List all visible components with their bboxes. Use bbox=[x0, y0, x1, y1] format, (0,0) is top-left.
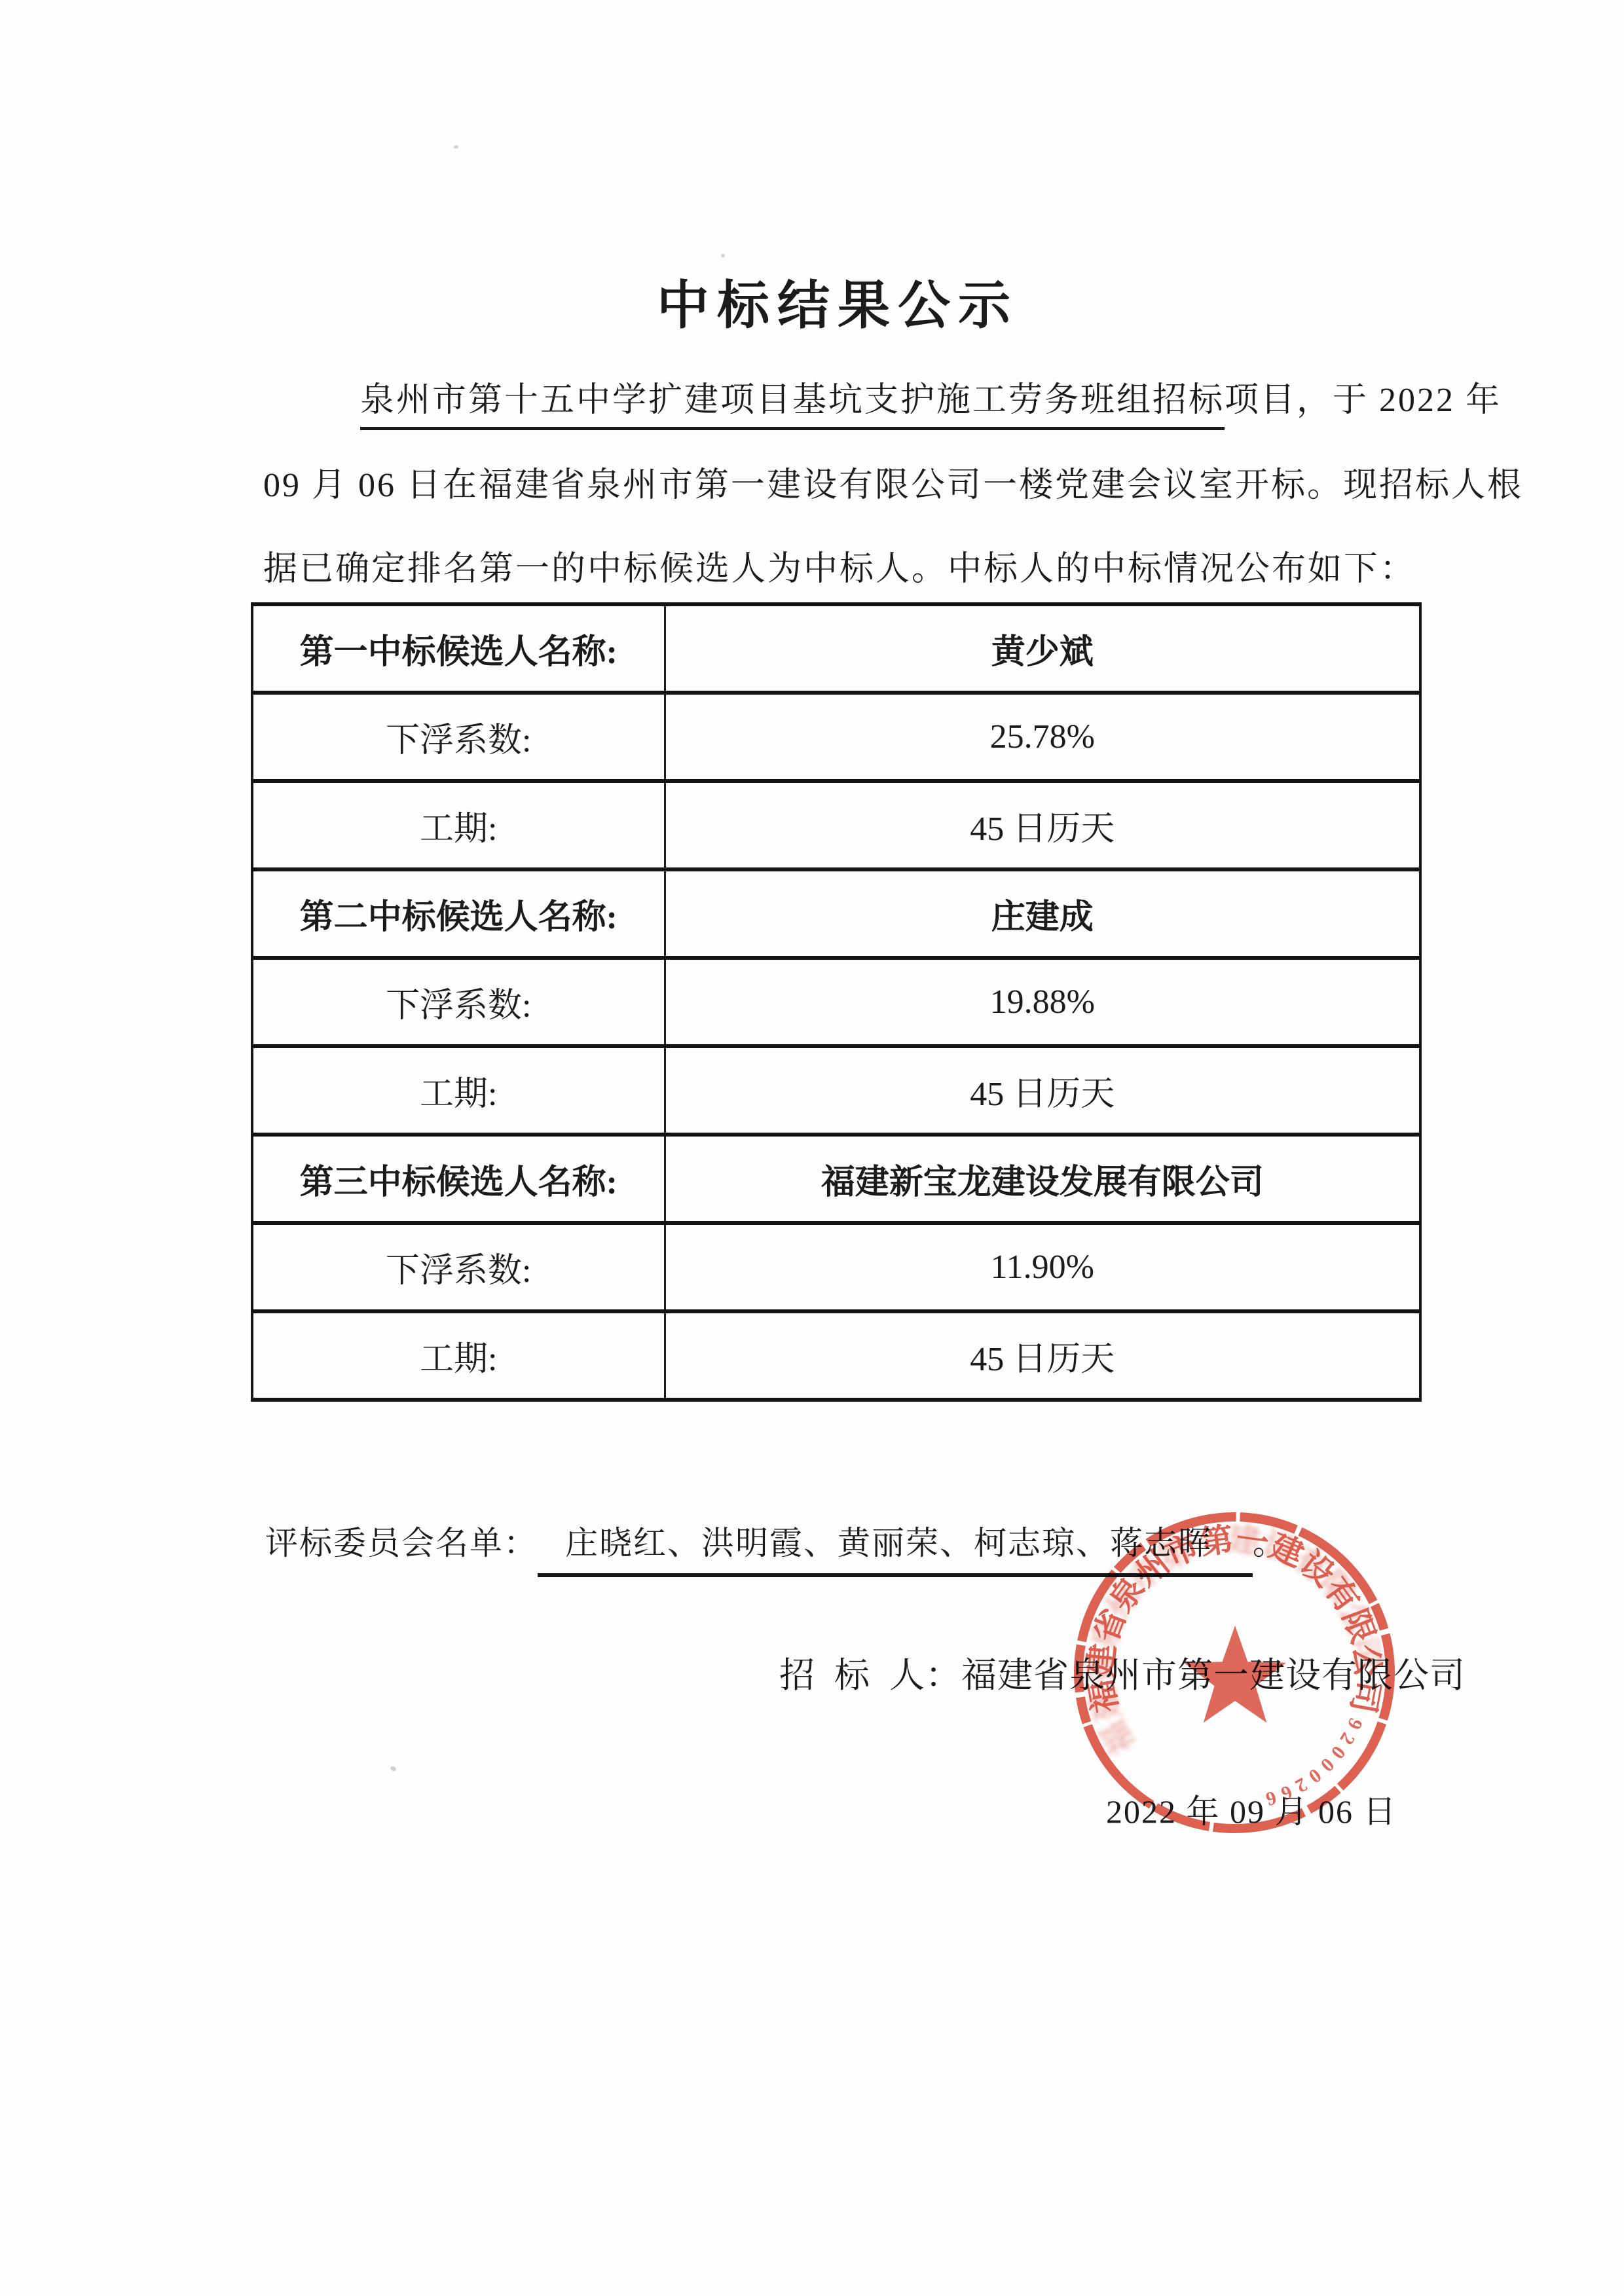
intro-paragraph-line-3: 据已确定排名第一的中标候选人为中标人。中标人的中标情况公布如下： bbox=[263, 549, 1416, 591]
intro-paragraph-line-2: 09 月 06 日在福建省泉州市第一建设有限公司一楼党建会议室开标。现招标人根 bbox=[263, 465, 1416, 507]
row-label: 第一中标候选人名称: bbox=[252, 604, 665, 693]
table-row: 下浮系数: 25.78% bbox=[252, 693, 1420, 781]
table-row: 第三中标候选人名称: 福建新宝龙建设发展有限公司 bbox=[252, 1135, 1420, 1223]
row-value: 福建新宝龙建设发展有限公司 bbox=[665, 1135, 1420, 1223]
row-label: 下浮系数: bbox=[252, 693, 665, 781]
table-row: 工期: 45 日历天 bbox=[252, 1311, 1420, 1400]
table-row: 第一中标候选人名称: 黄少斌 bbox=[252, 604, 1420, 693]
announcement-page: 中标结果公示 泉州市第十五中学扩建项目基坑支护施工劳务班组招标项目，于 2022… bbox=[0, 0, 1624, 2296]
table-row: 下浮系数: 11.90% bbox=[252, 1223, 1420, 1311]
scan-speckle bbox=[721, 254, 725, 257]
row-label: 工期: bbox=[252, 781, 665, 869]
row-value: 11.90% bbox=[665, 1223, 1420, 1311]
intro-line-1-rest: 项目，于 2022 年 bbox=[1225, 382, 1502, 419]
row-value: 45 日历天 bbox=[665, 1046, 1420, 1135]
seal-star-icon bbox=[1184, 1626, 1286, 1722]
committee-label: 评标委员会名单： bbox=[265, 1525, 538, 1561]
row-value: 45 日历天 bbox=[665, 781, 1420, 869]
row-label: 第三中标候选人名称: bbox=[252, 1135, 665, 1223]
seal-registration-code: 92000266 bbox=[1258, 1715, 1367, 1811]
row-value: 25.78% bbox=[665, 693, 1420, 781]
page-title: 中标结果公示 bbox=[657, 263, 1018, 338]
project-name-underlined: 泉州市第十五中学扩建项目基坑支护施工劳务班组招标 bbox=[360, 382, 1225, 430]
scan-speckle bbox=[454, 145, 458, 149]
table-row: 工期: 45 日历天 bbox=[252, 781, 1420, 869]
table-row: 工期: 45 日历天 bbox=[252, 1046, 1420, 1135]
row-label: 下浮系数: bbox=[252, 1223, 665, 1311]
row-label: 工期: bbox=[252, 1311, 665, 1400]
row-label: 工期: bbox=[252, 1046, 665, 1135]
table-row: 第二中标候选人名称: 庄建成 bbox=[252, 869, 1420, 958]
seal-svg: 福建省泉州市第一建设有限公司 福建省泉州市第一建设有限公司 92000266 bbox=[1064, 1503, 1405, 1843]
table-row: 下浮系数: 19.88% bbox=[252, 958, 1420, 1046]
row-label: 第二中标候选人名称: bbox=[252, 869, 665, 958]
row-value: 黄少斌 bbox=[665, 604, 1420, 693]
intro-paragraph-line-1: 泉州市第十五中学扩建项目基坑支护施工劳务班组招标项目，于 2022 年 bbox=[263, 380, 1513, 422]
bid-result-table: 第一中标候选人名称: 黄少斌 下浮系数: 25.78% 工期: 45 日历天 第… bbox=[251, 602, 1422, 1402]
company-seal-stamp: 福建省泉州市第一建设有限公司 福建省泉州市第一建设有限公司 92000266 bbox=[1064, 1503, 1405, 1843]
row-value: 45 日历天 bbox=[665, 1311, 1420, 1400]
row-value: 庄建成 bbox=[665, 869, 1420, 958]
bidder-label: 招 标 人： bbox=[779, 1656, 961, 1695]
row-value: 19.88% bbox=[665, 958, 1420, 1046]
row-label: 下浮系数: bbox=[252, 958, 665, 1046]
seal-graphics: 福建省泉州市第一建设有限公司 福建省泉州市第一建设有限公司 92000266 bbox=[1064, 1503, 1392, 1829]
scan-speckle bbox=[390, 1765, 397, 1772]
